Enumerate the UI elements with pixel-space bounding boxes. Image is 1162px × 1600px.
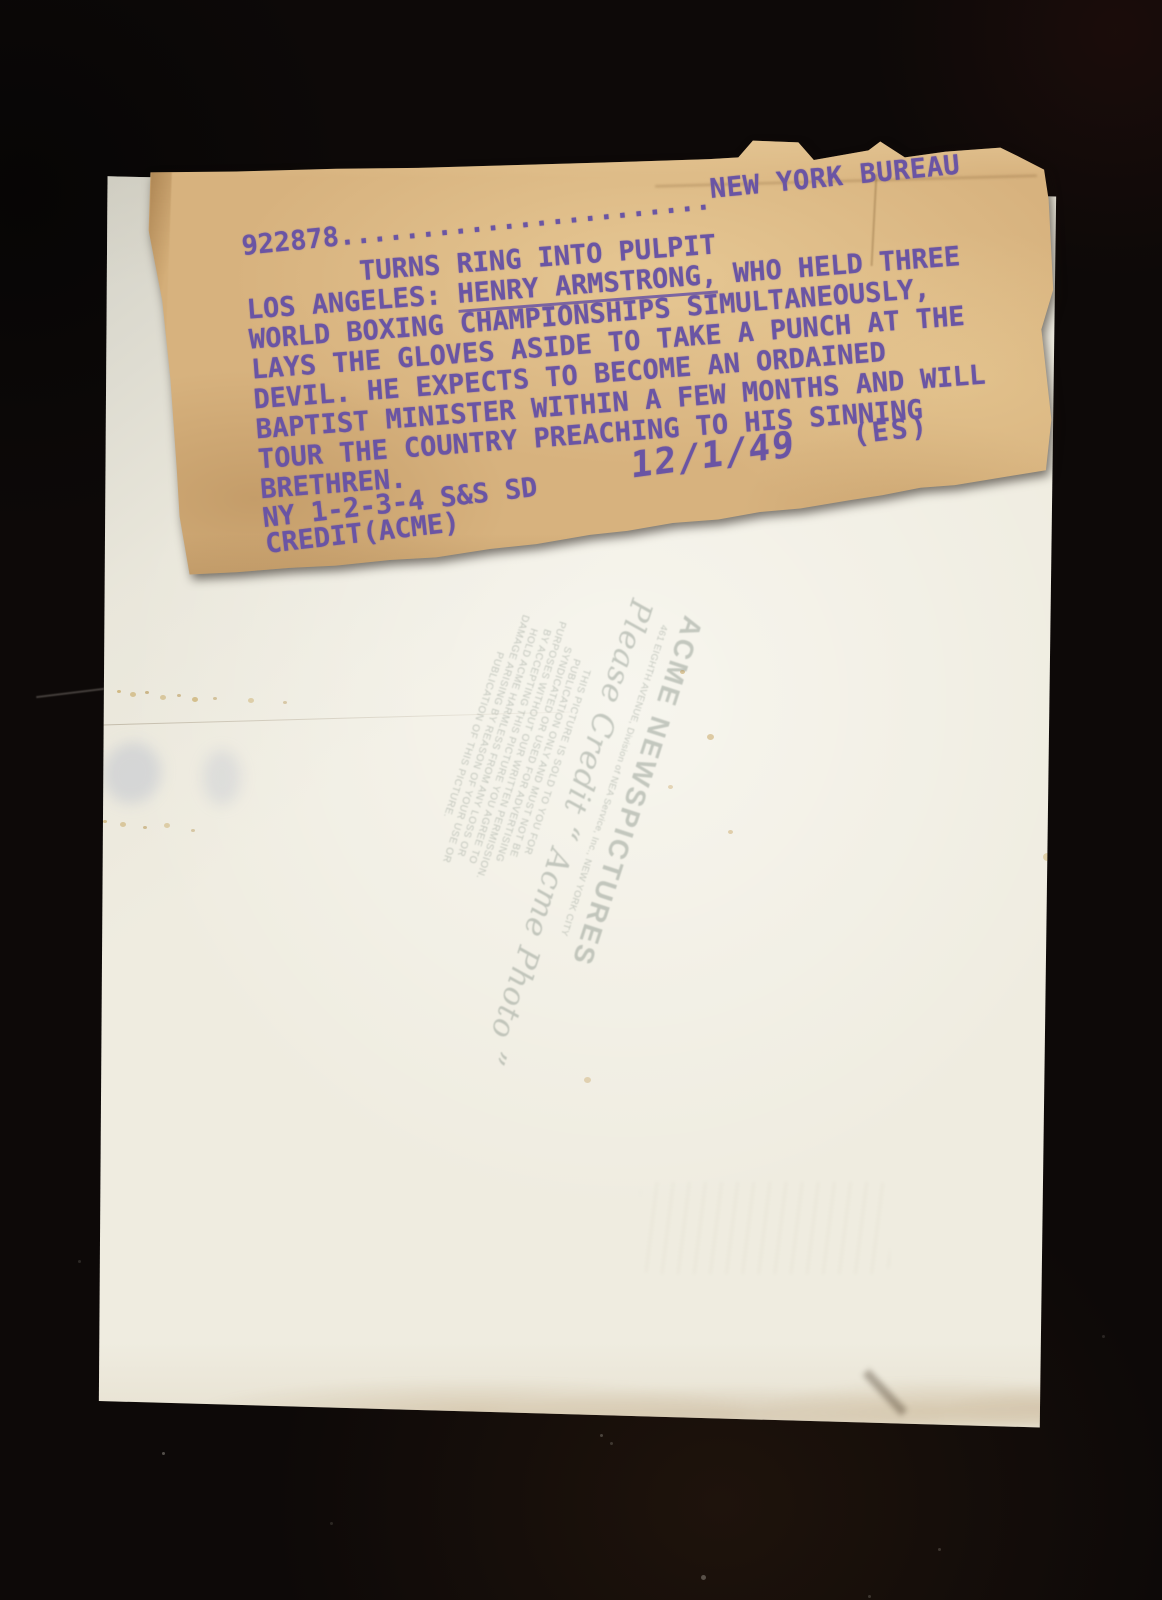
editor-initials: (ES) [852,414,931,449]
typed-caption: 922878.......................NEW YORK BU… [241,177,995,558]
stain-specks [117,690,121,693]
acme-agency-stamp: ACME NEWSPICTURES 461 EIGHTH AVENUE, Div… [411,562,709,965]
stain-specks [103,820,107,823]
faint-impressions [640,1182,890,1274]
blue-smudge [94,734,170,812]
bottom-edge-stain [205,1348,1105,1426]
slip-fold-edge [145,168,172,339]
dust-specks [162,1452,165,1455]
scan-background: ACME NEWSPICTURES 461 EIGHTH AVENUE, Div… [0,0,1162,1600]
photo-number: 922878 [240,222,340,262]
bureau-name: NEW YORK BUREAU [708,150,961,205]
blue-smudge [203,750,241,805]
stain-specks [680,670,685,674]
scratch-mark [36,688,104,698]
caption-slip-paper: 922878.......................NEW YORK BU… [145,138,1055,578]
caption-slip: 922878.......................NEW YORK BU… [145,138,1055,578]
